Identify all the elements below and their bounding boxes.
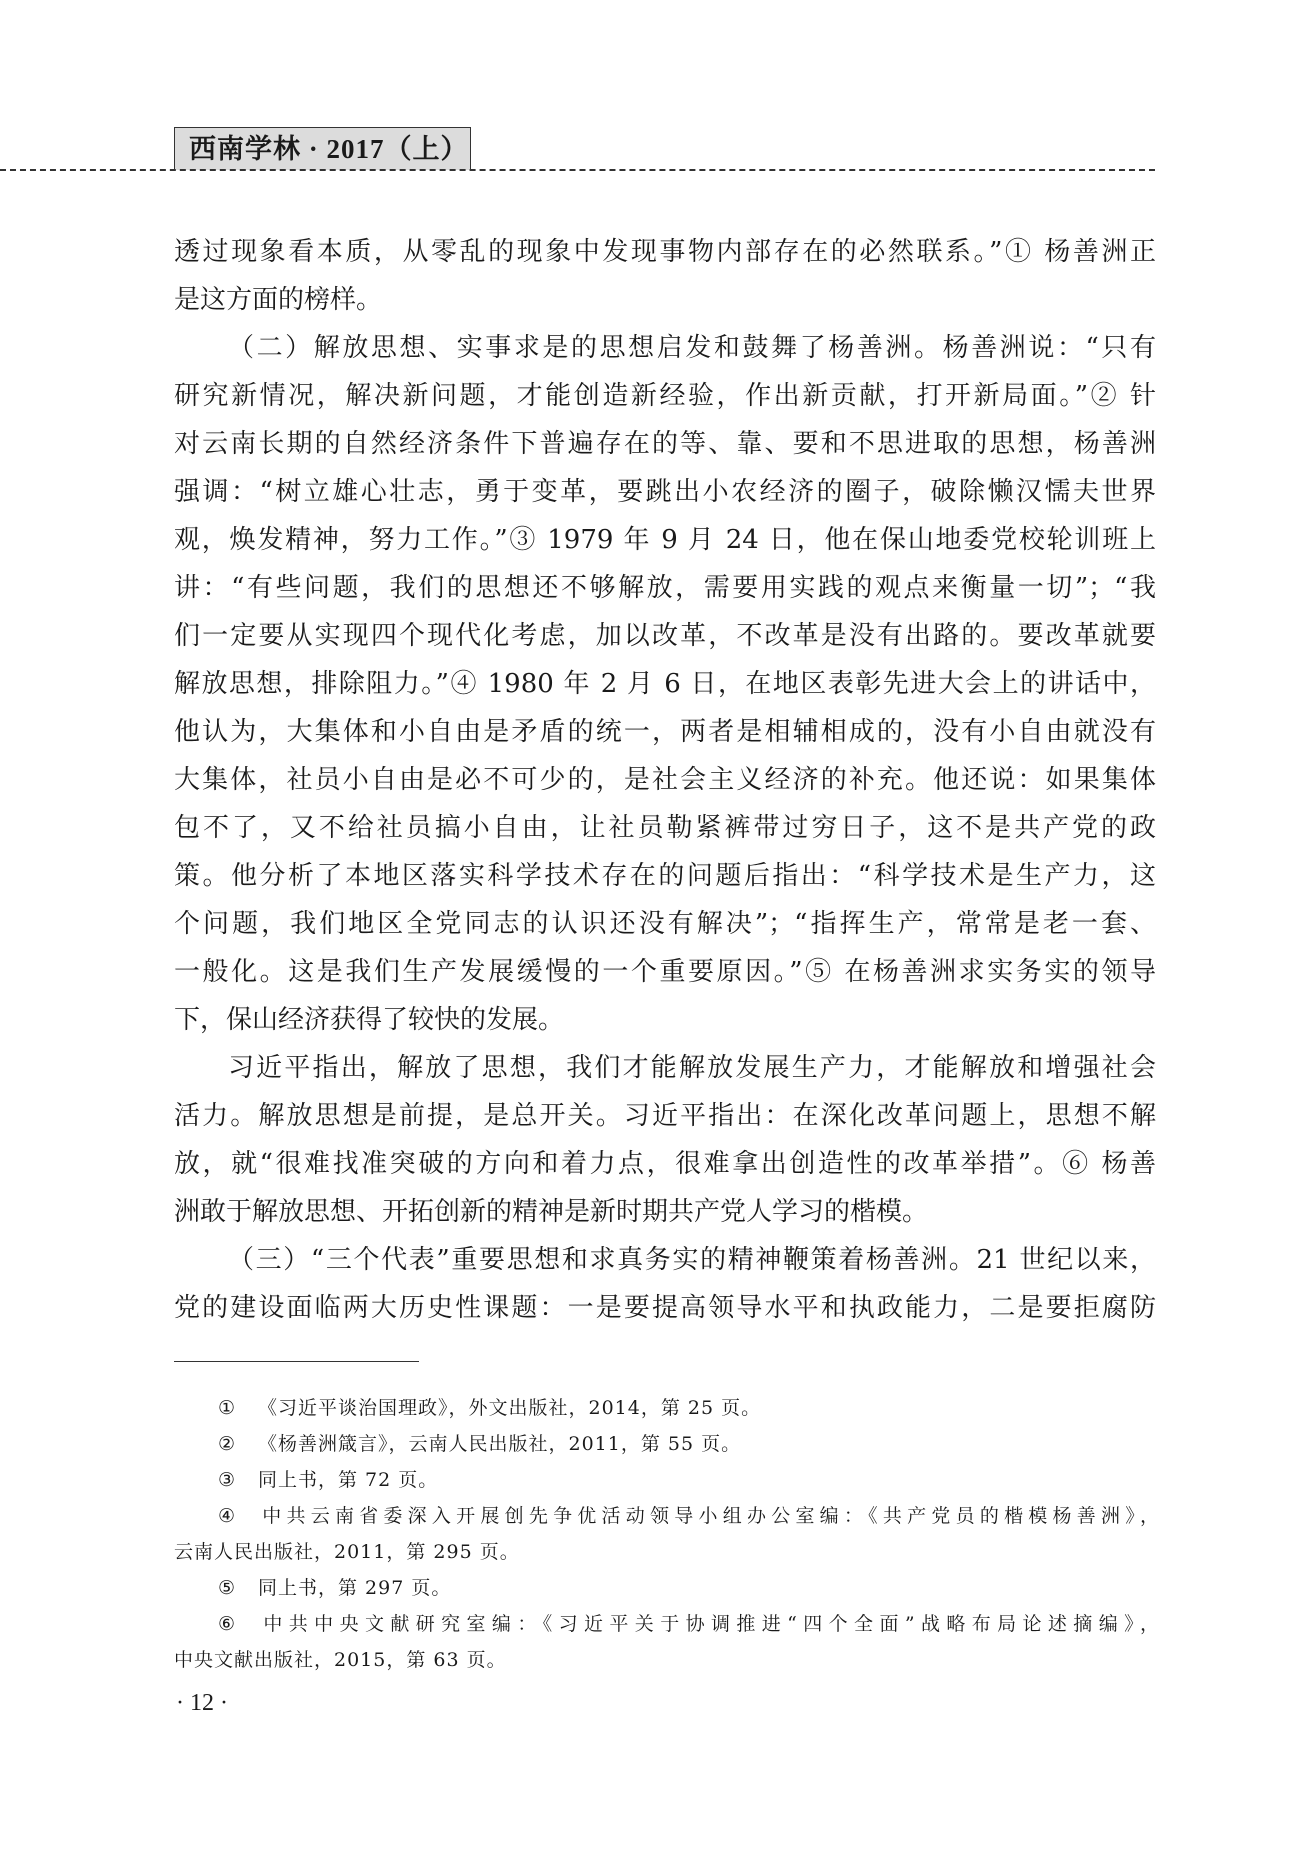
body-line: 观，焕发精神，努力工作。”③ 1979 年 9 月 24 日，他在保山地委党校轮… (174, 516, 1156, 564)
body-line: 透过现象看本质，从零乱的现象中发现事物内部存在的必然联系。”① 杨善洲正 (174, 228, 1156, 276)
body-text: 透过现象看本质，从零乱的现象中发现事物内部存在的必然联系。”① 杨善洲正 是这方… (174, 228, 1156, 1332)
footnote-text: 《杨善洲箴言》，云南人民出版社，2011，第 55 页。 (258, 1433, 741, 1455)
footnote-6: ⑥中共中央文献研究室编：《习近平关于协调推进“四个全面”战略布局论述摘编》， (174, 1606, 1160, 1642)
footnote-3: ③同上书，第 72 页。 (174, 1462, 1160, 1498)
header-dashed-rule (0, 169, 1155, 171)
body-line: 放，就“很难找准突破的方向和着力点，很难拿出创造性的改革举措”。⑥ 杨善 (174, 1140, 1156, 1188)
body-line: 强调：“树立雄心壮志，勇于变革，要跳出小农经济的圈子，破除懒汉懦夫世界 (174, 468, 1156, 516)
footnote-5: ⑤同上书，第 297 页。 (174, 1570, 1160, 1606)
body-line: 们一定要从实现四个现代化考虑，加以改革，不改革是没有出路的。要改革就要 (174, 612, 1156, 660)
footnote-text: 同上书，第 72 页。 (258, 1469, 438, 1491)
footnote-4: ④中共云南省委深入开展创先争优活动领导小组办公室编：《共产党员的楷模杨善洲》， (174, 1498, 1160, 1534)
footnote-text: 中央文献出版社，2015，第 63 页。 (174, 1649, 507, 1671)
footnote-text: 中共云南省委深入开展创先争优活动领导小组办公室编：《共产党员的楷模杨善洲》， (258, 1505, 1160, 1527)
footnote-marker: ② (218, 1426, 258, 1462)
body-line: 解放思想，排除阻力。”④ 1980 年 2 月 6 日，在地区表彰先进大会上的讲… (174, 660, 1156, 708)
body-line: 策。他分析了本地区落实科学技术存在的问题后指出：“科学技术是生产力，这 (174, 852, 1156, 900)
body-line: （二）解放思想、实事求是的思想启发和鼓舞了杨善洲。杨善洲说：“只有 (174, 324, 1156, 372)
body-line: 习近平指出，解放了思想，我们才能解放发展生产力，才能解放和增强社会 (174, 1044, 1156, 1092)
body-line: 他认为，大集体和小自由是矛盾的统一，两者是相辅相成的，没有小自由就没有 (174, 708, 1156, 756)
footnote-text: 《习近平谈治国理政》，外文出版社，2014，第 25 页。 (258, 1397, 761, 1419)
footnote-separator (174, 1361, 419, 1362)
footnote-marker: ⑥ (218, 1606, 258, 1642)
footnotes: ①《习近平谈治国理政》，外文出版社，2014，第 25 页。 ②《杨善洲箴言》，… (174, 1390, 1160, 1678)
body-line: 对云南长期的自然经济条件下普遍存在的等、靠、要和不思进取的思想，杨善洲 (174, 420, 1156, 468)
footnote-marker: ① (218, 1390, 258, 1426)
footnote-4-continued: 云南人民出版社，2011，第 295 页。 (174, 1534, 1160, 1570)
body-line: 大集体，社员小自由是必不可少的，是社会主义经济的补充。他还说：如果集体 (174, 756, 1156, 804)
body-line: 个问题，我们地区全党同志的认识还没有解决”；“指挥生产，常常是老一套、 (174, 900, 1156, 948)
body-line: 包不了，又不给社员搞小自由，让社员勒紧裤带过穷日子，这不是共产党的政 (174, 804, 1156, 852)
footnote-6-continued: 中央文献出版社，2015，第 63 页。 (174, 1642, 1160, 1678)
body-line: 洲敢于解放思想、开拓创新的精神是新时期共产党人学习的楷模。 (174, 1188, 1156, 1236)
journal-title: 西南学林 · 2017（上） (189, 134, 469, 164)
body-line: 党的建设面临两大历史性课题：一是要提高领导水平和执政能力，二是要拒腐防 (174, 1284, 1156, 1332)
body-line: （三）“三个代表”重要思想和求真务实的精神鞭策着杨善洲。21 世纪以来， (174, 1236, 1156, 1284)
body-line: 研究新情况，解决新问题，才能创造新经验，作出新贡献，打开新局面。”② 针 (174, 372, 1156, 420)
footnote-marker: ③ (218, 1462, 258, 1498)
footnote-text: 同上书，第 297 页。 (258, 1577, 451, 1599)
footnote-marker: ④ (218, 1498, 258, 1534)
footnote-text: 中共中央文献研究室编：《习近平关于协调推进“四个全面”战略布局论述摘编》， (258, 1613, 1160, 1635)
body-line: 是这方面的榜样。 (174, 276, 1156, 324)
body-line: 一般化。这是我们生产发展缓慢的一个重要原因。”⑤ 在杨善洲求实务实的领导 (174, 948, 1156, 996)
footnote-text: 云南人民出版社，2011，第 295 页。 (174, 1541, 520, 1563)
body-line: 下，保山经济获得了较快的发展。 (174, 996, 1156, 1044)
body-line: 活力。解放思想是前提，是总开关。习近平指出：在深化改革问题上，思想不解 (174, 1092, 1156, 1140)
footnote-marker: ⑤ (218, 1570, 258, 1606)
footnote-2: ②《杨善洲箴言》，云南人民出版社，2011，第 55 页。 (174, 1426, 1160, 1462)
running-header: 西南学林 · 2017（上） (174, 127, 471, 170)
body-line: 讲：“有些问题，我们的思想还不够解放，需要用实践的观点来衡量一切”；“我 (174, 564, 1156, 612)
page-number: · 12 · (176, 1685, 228, 1721)
footnote-1: ①《习近平谈治国理政》，外文出版社，2014，第 25 页。 (174, 1390, 1160, 1426)
